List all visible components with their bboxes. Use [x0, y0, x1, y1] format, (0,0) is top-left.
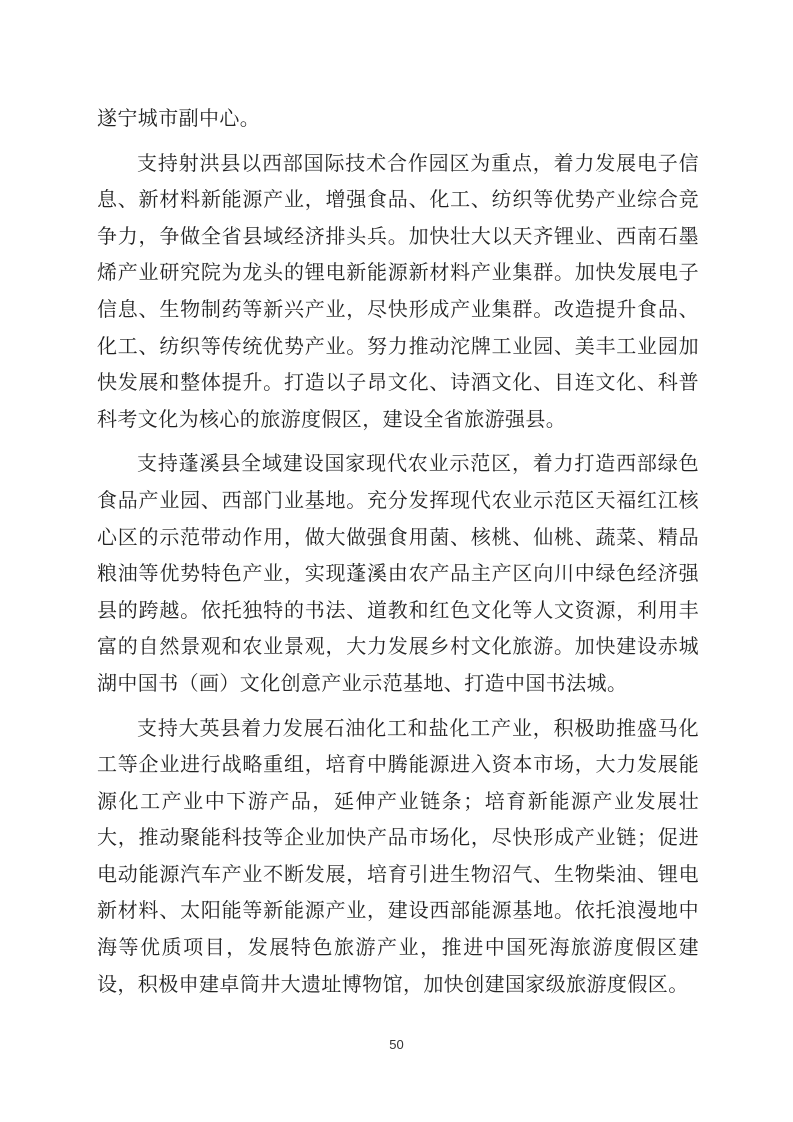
page-footer: 50 — [0, 1036, 793, 1054]
paragraph: 支持蓬溪县全域建设国家现代农业示范区，着力打造西部绿色食品产业园、西部门业基地。… — [97, 446, 699, 702]
document-body: 遂宁城市副中心。支持射洪县以西部国际技术合作园区为重点，着力发展电子信息、新材料… — [97, 101, 699, 1003]
page-number: 50 — [389, 1037, 403, 1052]
paragraph: 支持大英县着力发展石油化工和盐化工产业，积极助推盛马化工等企业进行战略重组，培育… — [97, 711, 699, 1004]
paragraph: 支持射洪县以西部国际技术合作园区为重点，着力发展电子信息、新材料新能源产业，增强… — [97, 146, 699, 439]
paragraph: 遂宁城市副中心。 — [97, 101, 699, 138]
document-page: 遂宁城市副中心。支持射洪县以西部国际技术合作园区为重点，着力发展电子信息、新材料… — [0, 0, 793, 1122]
